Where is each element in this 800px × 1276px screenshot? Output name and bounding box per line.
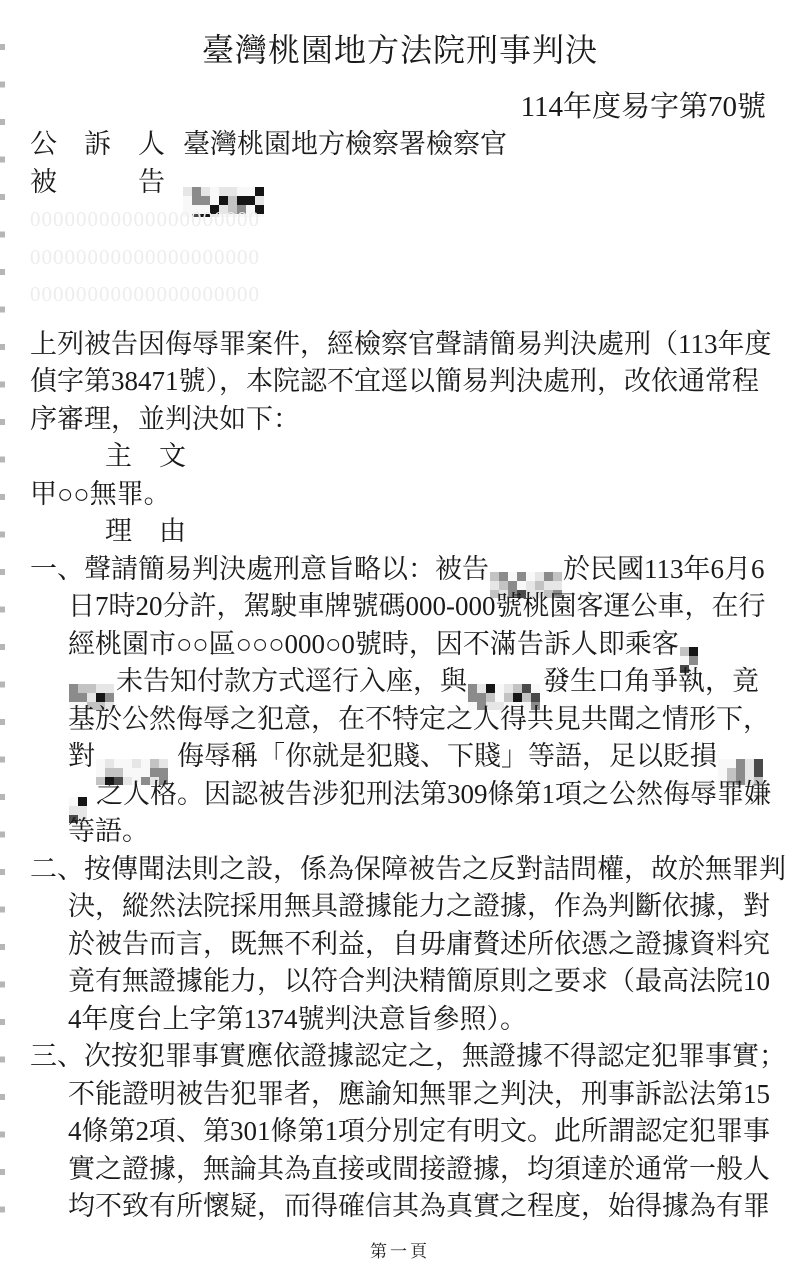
body-line: 4條第2項、第301條第1項分別定有明文。此所謂認定犯罪事 (30, 1113, 770, 1151)
body-text: 於被告而言，既無不利益，自毋庸贅述所依憑之證據資料究 (68, 929, 770, 959)
body-text: 實之證據，無論其為直接或間接證據，均須達於通常一般人 (68, 1154, 770, 1184)
body-text: 發生口角爭執，竟 (543, 666, 759, 696)
redacted-info-line: 00000000000000000000 (30, 201, 770, 239)
body-text: 4年度台上字第1374號判決意旨參照）。 (68, 1004, 527, 1034)
body-text: 決，縱然法院採用無具證據能力之證據，作為判斷依據，對 (68, 891, 770, 921)
body-text: 上列被告因侮辱罪案件，經檢察官聲請簡易判決處刑（113年度 (30, 329, 772, 359)
redacted-info-block: 0000000000000000000000000000000000000000… (30, 201, 770, 314)
body-line: 對侮辱稱「你就是犯賤、下賤」等語，足以貶損 (30, 738, 770, 776)
body-line: 等語。 (30, 813, 770, 851)
body-text: 未告知付款方式逕行入座，與 (116, 666, 467, 696)
spacer (30, 314, 770, 326)
body-line: 決，縱然法院採用無具證據能力之證據，作為判斷依據，對 (30, 888, 770, 926)
page-title: 臺灣桃園地方法院刑事判決 (30, 28, 770, 72)
party-row: 公 訴 人臺灣桃園地方檢察署檢察官 (30, 126, 770, 164)
body-line: 偵字第38471號），本院認不宜逕以簡易判決處刑，改依通常程 (30, 363, 770, 401)
section-heading: 主 文 (30, 438, 770, 476)
body-text: 不能證明被告犯罪者，應諭知無罪之判決，刑事訴訟法第15 (68, 1079, 770, 1109)
body-line: 均不致有所懷疑，而得確信其為真實之程度，始得據為有罪 (30, 1188, 770, 1226)
body-line: 經桃園市○○區○○○000○0號時，因不滿告訴人即乘客 (30, 626, 770, 664)
scan-edge-artifacts (0, 44, 5, 1236)
parties-block: 公 訴 人臺灣桃園地方檢察署檢察官被 告 (30, 126, 770, 201)
body-text: 序審理，並判決如下： (30, 404, 300, 434)
body-text: 偵字第38471號），本院認不宜逕以簡易判決處刑，改依通常程 (30, 366, 759, 396)
judgment-body: 上列被告因侮辱罪案件，經檢察官聲請簡易判決處刑（113年度偵字第38471號），… (30, 326, 770, 1226)
body-line: 之人格。因認被告涉犯刑法第309條第1項之公然侮辱罪嫌 (30, 776, 770, 814)
body-line: 基於公然侮辱之犯意，在不特定之人得共見共聞之情形下， (30, 701, 770, 739)
body-text: 侮辱稱「你就是犯賤、下賤」等語，足以貶損 (177, 741, 717, 771)
body-text: 甲○○無罪。 (30, 479, 171, 509)
body-line: 三、次按犯罪事實應依證據認定之，無證據不得認定犯罪事實； (30, 1038, 770, 1076)
body-line: 未告知付款方式逕行入座，與發生口角爭執，竟 (30, 663, 770, 701)
body-text: 基於公然侮辱之犯意，在不特定之人得共見共聞之情形下， (68, 704, 770, 734)
case-number: 114年度易字第70號 (30, 88, 770, 126)
body-text: 日7時20分許，駕駛車牌號碼000-000號桃園客運公車，在行 (68, 591, 766, 621)
redacted-info-line: 00000000000000000000 (30, 239, 770, 277)
body-line: 4年度台上字第1374號判決意旨參照）。 (30, 1001, 770, 1039)
section-heading: 理 由 (30, 513, 770, 551)
body-line: 於被告而言，既無不利益，自毋庸贅述所依憑之證據資料究 (30, 926, 770, 964)
body-line: 序審理，並判決如下： (30, 401, 770, 439)
body-text: 二、按傳聞法則之設，係為保障被告之反對詰問權，故於無罪判 (30, 854, 786, 884)
body-line: 日7時20分許，駕駛車牌號碼000-000號桃園客運公車，在行 (30, 588, 770, 626)
judgment-document-page: 臺灣桃園地方法院刑事判決 114年度易字第70號 公 訴 人臺灣桃園地方檢察署檢… (0, 0, 800, 1276)
body-text: 等語。 (68, 816, 149, 846)
body-text: 一、聲請簡易判決處刑意旨略以：被告 (30, 554, 489, 584)
party-role: 公 訴 人 (30, 126, 165, 164)
body-line: 竟有無證據能力，以符合判決精簡原則之要求（最高法院10 (30, 963, 770, 1001)
redacted-info-line: 00000000000000000000 (30, 276, 770, 314)
page-footer: 第一頁 (30, 1240, 770, 1264)
body-text: 4條第2項、第301條第1項分別定有明文。此所謂認定犯罪事 (68, 1116, 770, 1146)
body-line: 上列被告因侮辱罪案件，經檢察官聲請簡易判決處刑（113年度 (30, 326, 770, 364)
body-text: 竟有無證據能力，以符合判決精簡原則之要求（最高法院10 (68, 966, 770, 996)
body-text: 主 文 (105, 441, 186, 471)
party-name: 臺灣桃園地方檢察署檢察官 (183, 129, 507, 159)
body-line: 一、聲請簡易判決處刑意旨略以：被告於民國113年6月6 (30, 551, 770, 589)
body-text: 於民國113年6月6 (563, 554, 765, 584)
body-line: 實之證據，無論其為直接或間接證據，均須達於通常一般人 (30, 1151, 770, 1189)
body-text: 經桃園市○○區○○○000○0號時，因不滿告訴人即乘客 (68, 629, 679, 659)
body-text: 均不致有所懷疑，而得確信其為真實之程度，始得據為有罪 (68, 1191, 770, 1221)
body-line: 二、按傳聞法則之設，係為保障被告之反對詰問權，故於無罪判 (30, 851, 770, 889)
party-row: 被 告 (30, 164, 770, 202)
body-text: 理 由 (105, 516, 186, 546)
body-line: 不能證明被告犯罪者，應諭知無罪之判決，刑事訴訟法第15 (30, 1076, 770, 1114)
body-text: 對 (68, 741, 95, 771)
party-role: 被 告 (30, 164, 165, 202)
body-text: 三、次按犯罪事實應依證據認定之，無證據不得認定犯罪事實； (30, 1041, 786, 1071)
body-text: 之人格。因認被告涉犯刑法第309條第1項之公然侮辱罪嫌 (96, 779, 771, 809)
body-line: 甲○○無罪。 (30, 476, 770, 514)
